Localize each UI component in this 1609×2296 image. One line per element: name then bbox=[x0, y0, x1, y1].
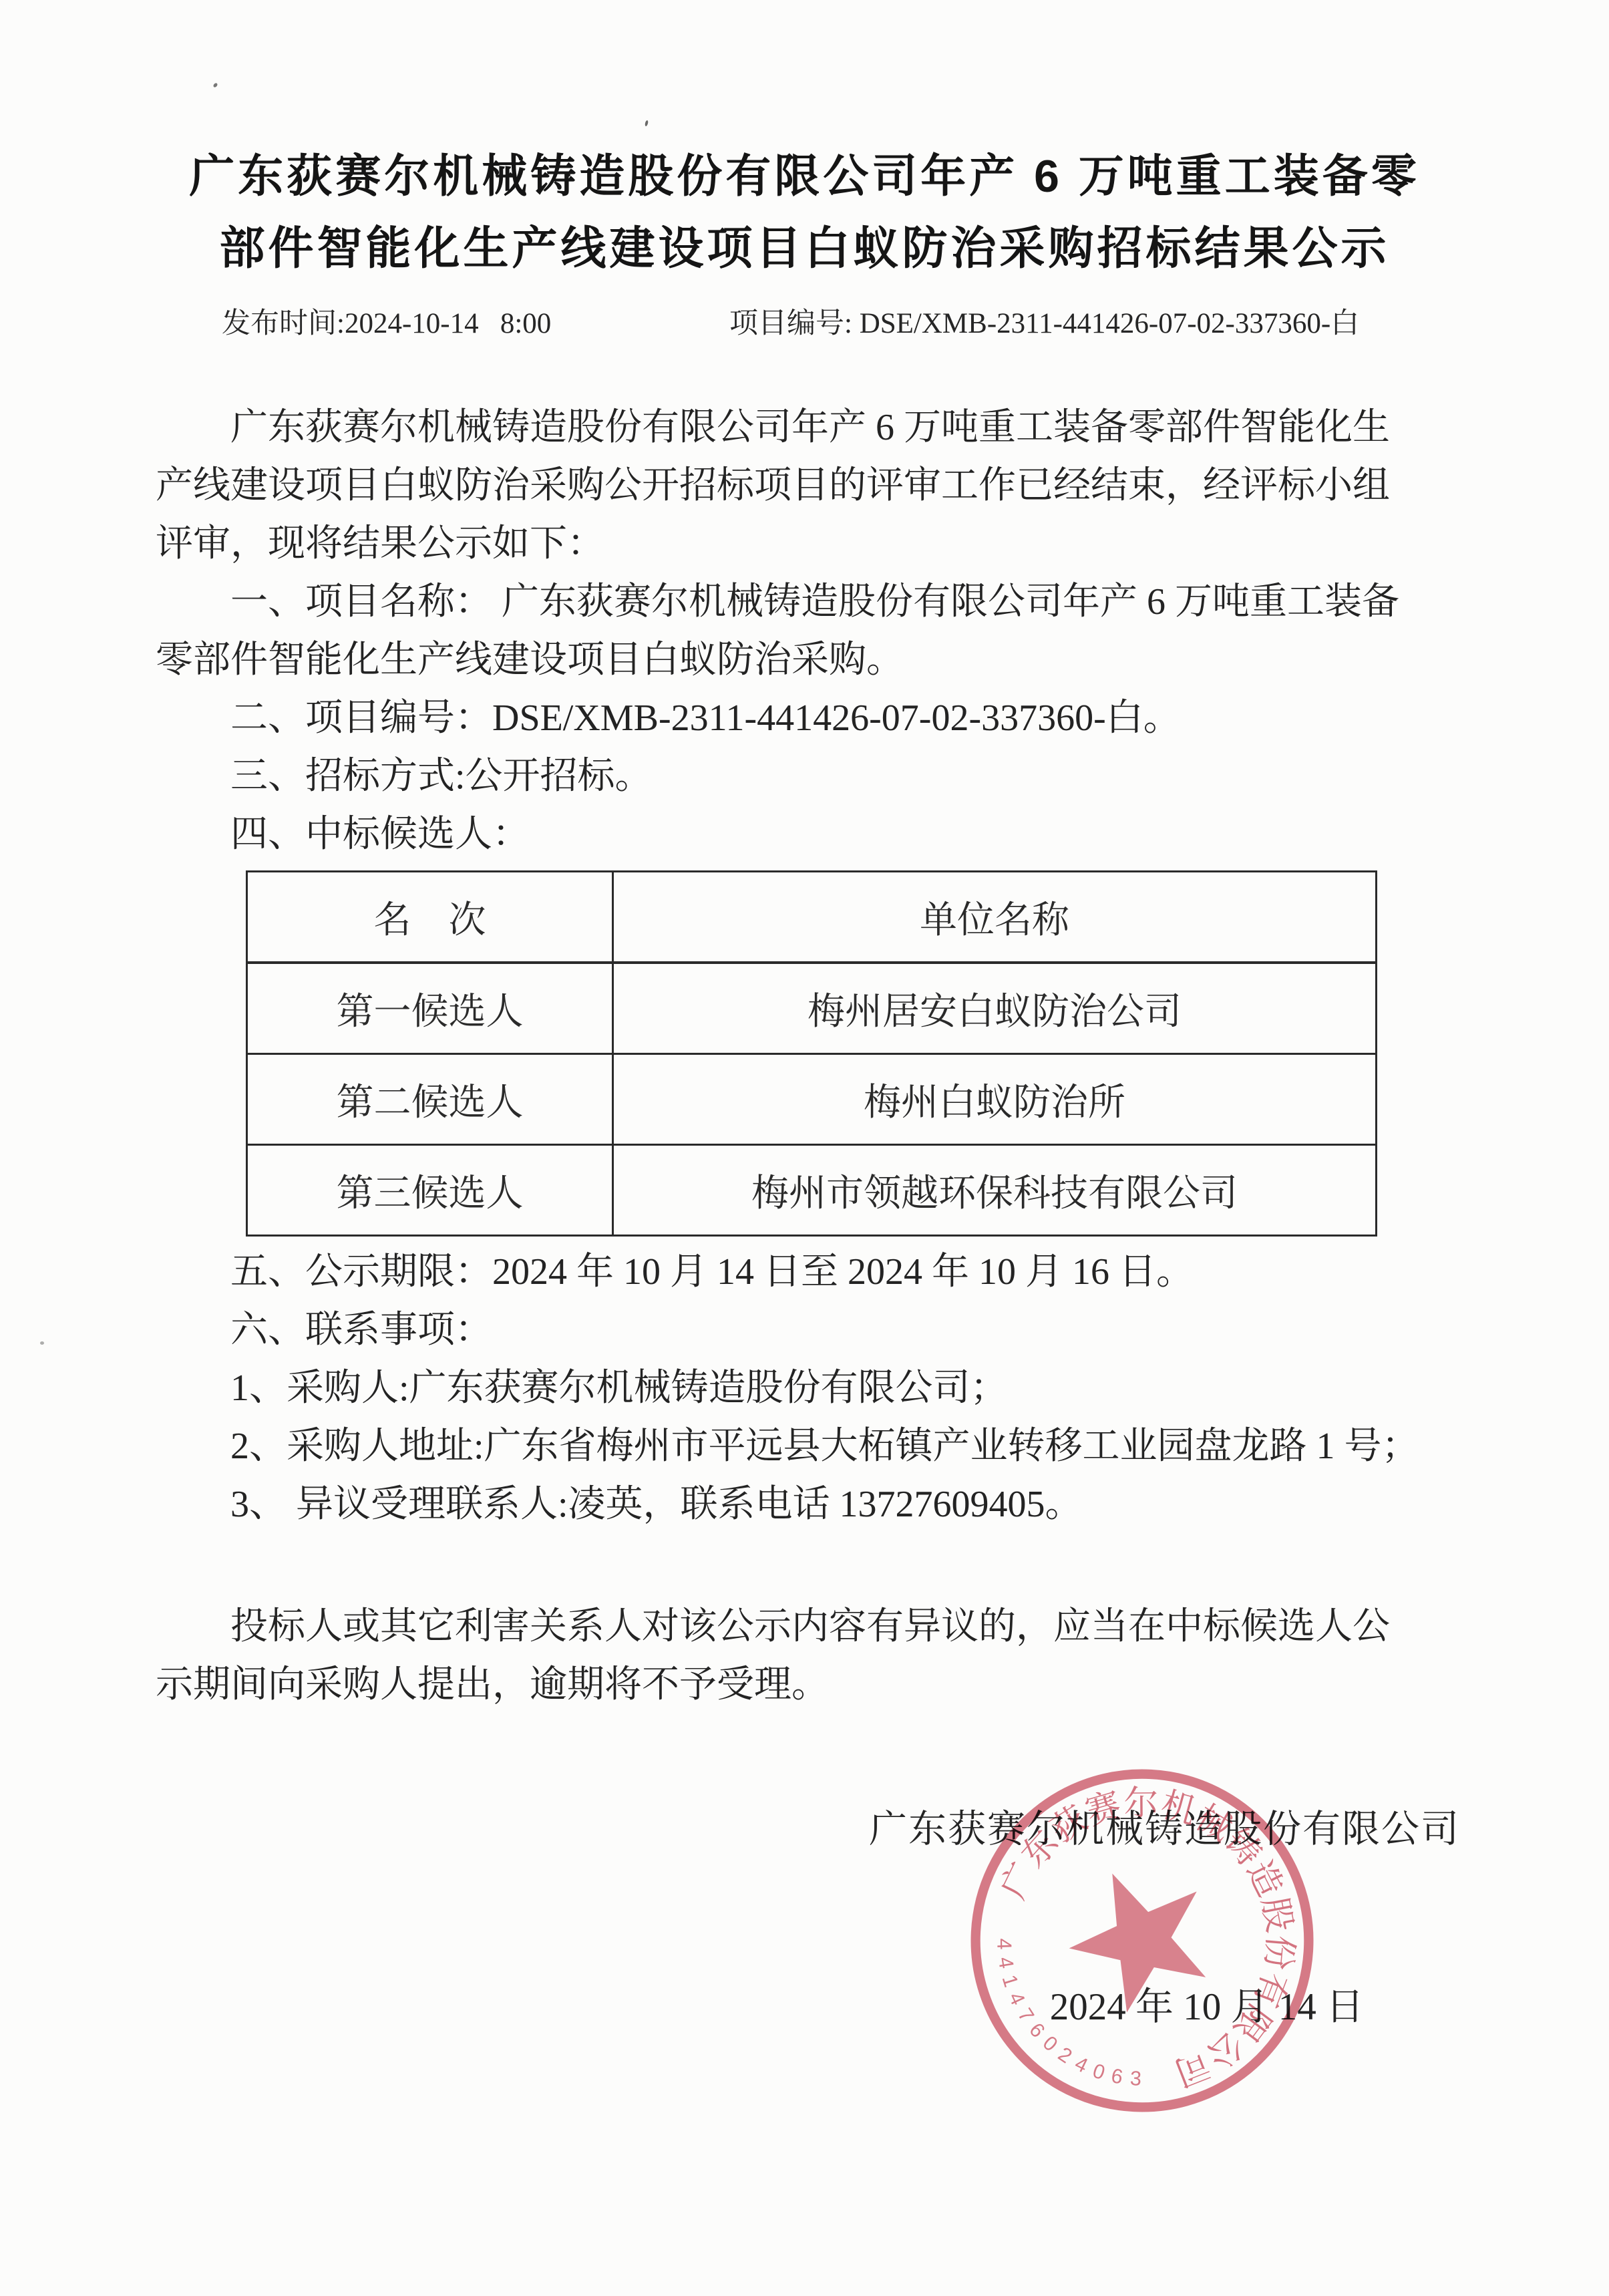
body-line: 五、公示期限：2024 年 10 月 14 日至 2024 年 10 月 16 … bbox=[156, 1243, 1475, 1301]
cell-unit: 梅州市领越环保科技有限公司 bbox=[613, 1145, 1377, 1236]
cell-rank: 第一候选人 bbox=[247, 963, 613, 1054]
cell-unit: 梅州白蚁防治所 bbox=[613, 1054, 1377, 1145]
publish-time: 发布时间:2024-10-14 8:00 bbox=[222, 301, 551, 341]
title-line-2: 部件智能化生产线建设项目白蚁防治采购招标结果公示 bbox=[0, 212, 1609, 285]
body-line: 示期间向采购人提出，逾期将不予受理。 bbox=[156, 1656, 1475, 1714]
body-line: 产线建设项目白蚁防治采购公开招标项目的评审工作已经结束，经评标小组 bbox=[156, 457, 1475, 515]
document-body: 广东荻赛尔机械铸造股份有限公司年产 6 万吨重工装备零部件智能化生 产线建设项目… bbox=[156, 399, 1475, 1714]
seal-star-icon bbox=[1051, 1840, 1244, 2032]
company-seal: 广东荻赛尔机械铸造股份有限公司 441476024063 bbox=[952, 1750, 1332, 2131]
table-row: 第一候选人 梅州居安白蚁防治公司 bbox=[247, 963, 1377, 1054]
body-line: 零部件智能化生产线建设项目白蚁防治采购。 bbox=[156, 631, 1475, 689]
document-title: 广东荻赛尔机械铸造股份有限公司年产 6 万吨重工装备零 部件智能化生产线建设项目… bbox=[0, 140, 1609, 285]
body-line: 三、招标方式:公开招标。 bbox=[156, 748, 1475, 806]
header-unit: 单位名称 bbox=[613, 872, 1377, 963]
body-line: 投标人或其它利害关系人对该公示内容有异议的，应当在中标候选人公 bbox=[156, 1598, 1475, 1656]
scan-speck bbox=[40, 1341, 44, 1345]
body-line: 广东荻赛尔机械铸造股份有限公司年产 6 万吨重工装备零部件智能化生 bbox=[156, 399, 1475, 457]
body-line: 六、联系事项： bbox=[156, 1301, 1475, 1359]
body-line: 一、项目名称： 广东荻赛尔机械铸造股份有限公司年产 6 万吨重工装备 bbox=[156, 573, 1475, 631]
body-line: 四、中标候选人： bbox=[156, 806, 1475, 864]
body-line: 评审，现将结果公示如下： bbox=[156, 515, 1475, 573]
cell-rank: 第三候选人 bbox=[247, 1145, 613, 1236]
candidates-table: 名 次 单位名称 第一候选人 梅州居安白蚁防治公司 第二候选人 梅州白蚁防治所 … bbox=[246, 870, 1377, 1237]
cell-unit: 梅州居安白蚁防治公司 bbox=[613, 963, 1377, 1054]
table-row: 第二候选人 梅州白蚁防治所 bbox=[247, 1054, 1377, 1145]
header-rank: 名 次 bbox=[247, 872, 613, 963]
body-line: 二、项目编号：DSE/XMB-2311-441426-07-02-337360-… bbox=[156, 689, 1475, 748]
body-line: 1、采购人:广东获赛尔机械铸造股份有限公司； bbox=[156, 1359, 1475, 1418]
body-line: 2、采购人地址:广东省梅州市平远县大柘镇产业转移工业园盘龙路 1 号； bbox=[156, 1418, 1475, 1476]
title-line-1: 广东荻赛尔机械铸造股份有限公司年产 6 万吨重工装备零 bbox=[0, 140, 1609, 212]
body-line: 3、 异议受理联系人:凌英，联系电话 13727609405。 bbox=[156, 1476, 1475, 1534]
scan-speck bbox=[212, 82, 218, 88]
cell-rank: 第二候选人 bbox=[247, 1054, 613, 1145]
scan-speck bbox=[645, 120, 649, 127]
project-number: 项目编号: DSE/XMB-2311-441426-07-02-337360-白 bbox=[729, 301, 1359, 341]
document-page: 广东荻赛尔机械铸造股份有限公司年产 6 万吨重工装备零 部件智能化生产线建设项目… bbox=[0, 0, 1609, 2296]
table-header-row: 名 次 单位名称 bbox=[247, 872, 1377, 963]
table-row: 第三候选人 梅州市领越环保科技有限公司 bbox=[247, 1145, 1377, 1236]
